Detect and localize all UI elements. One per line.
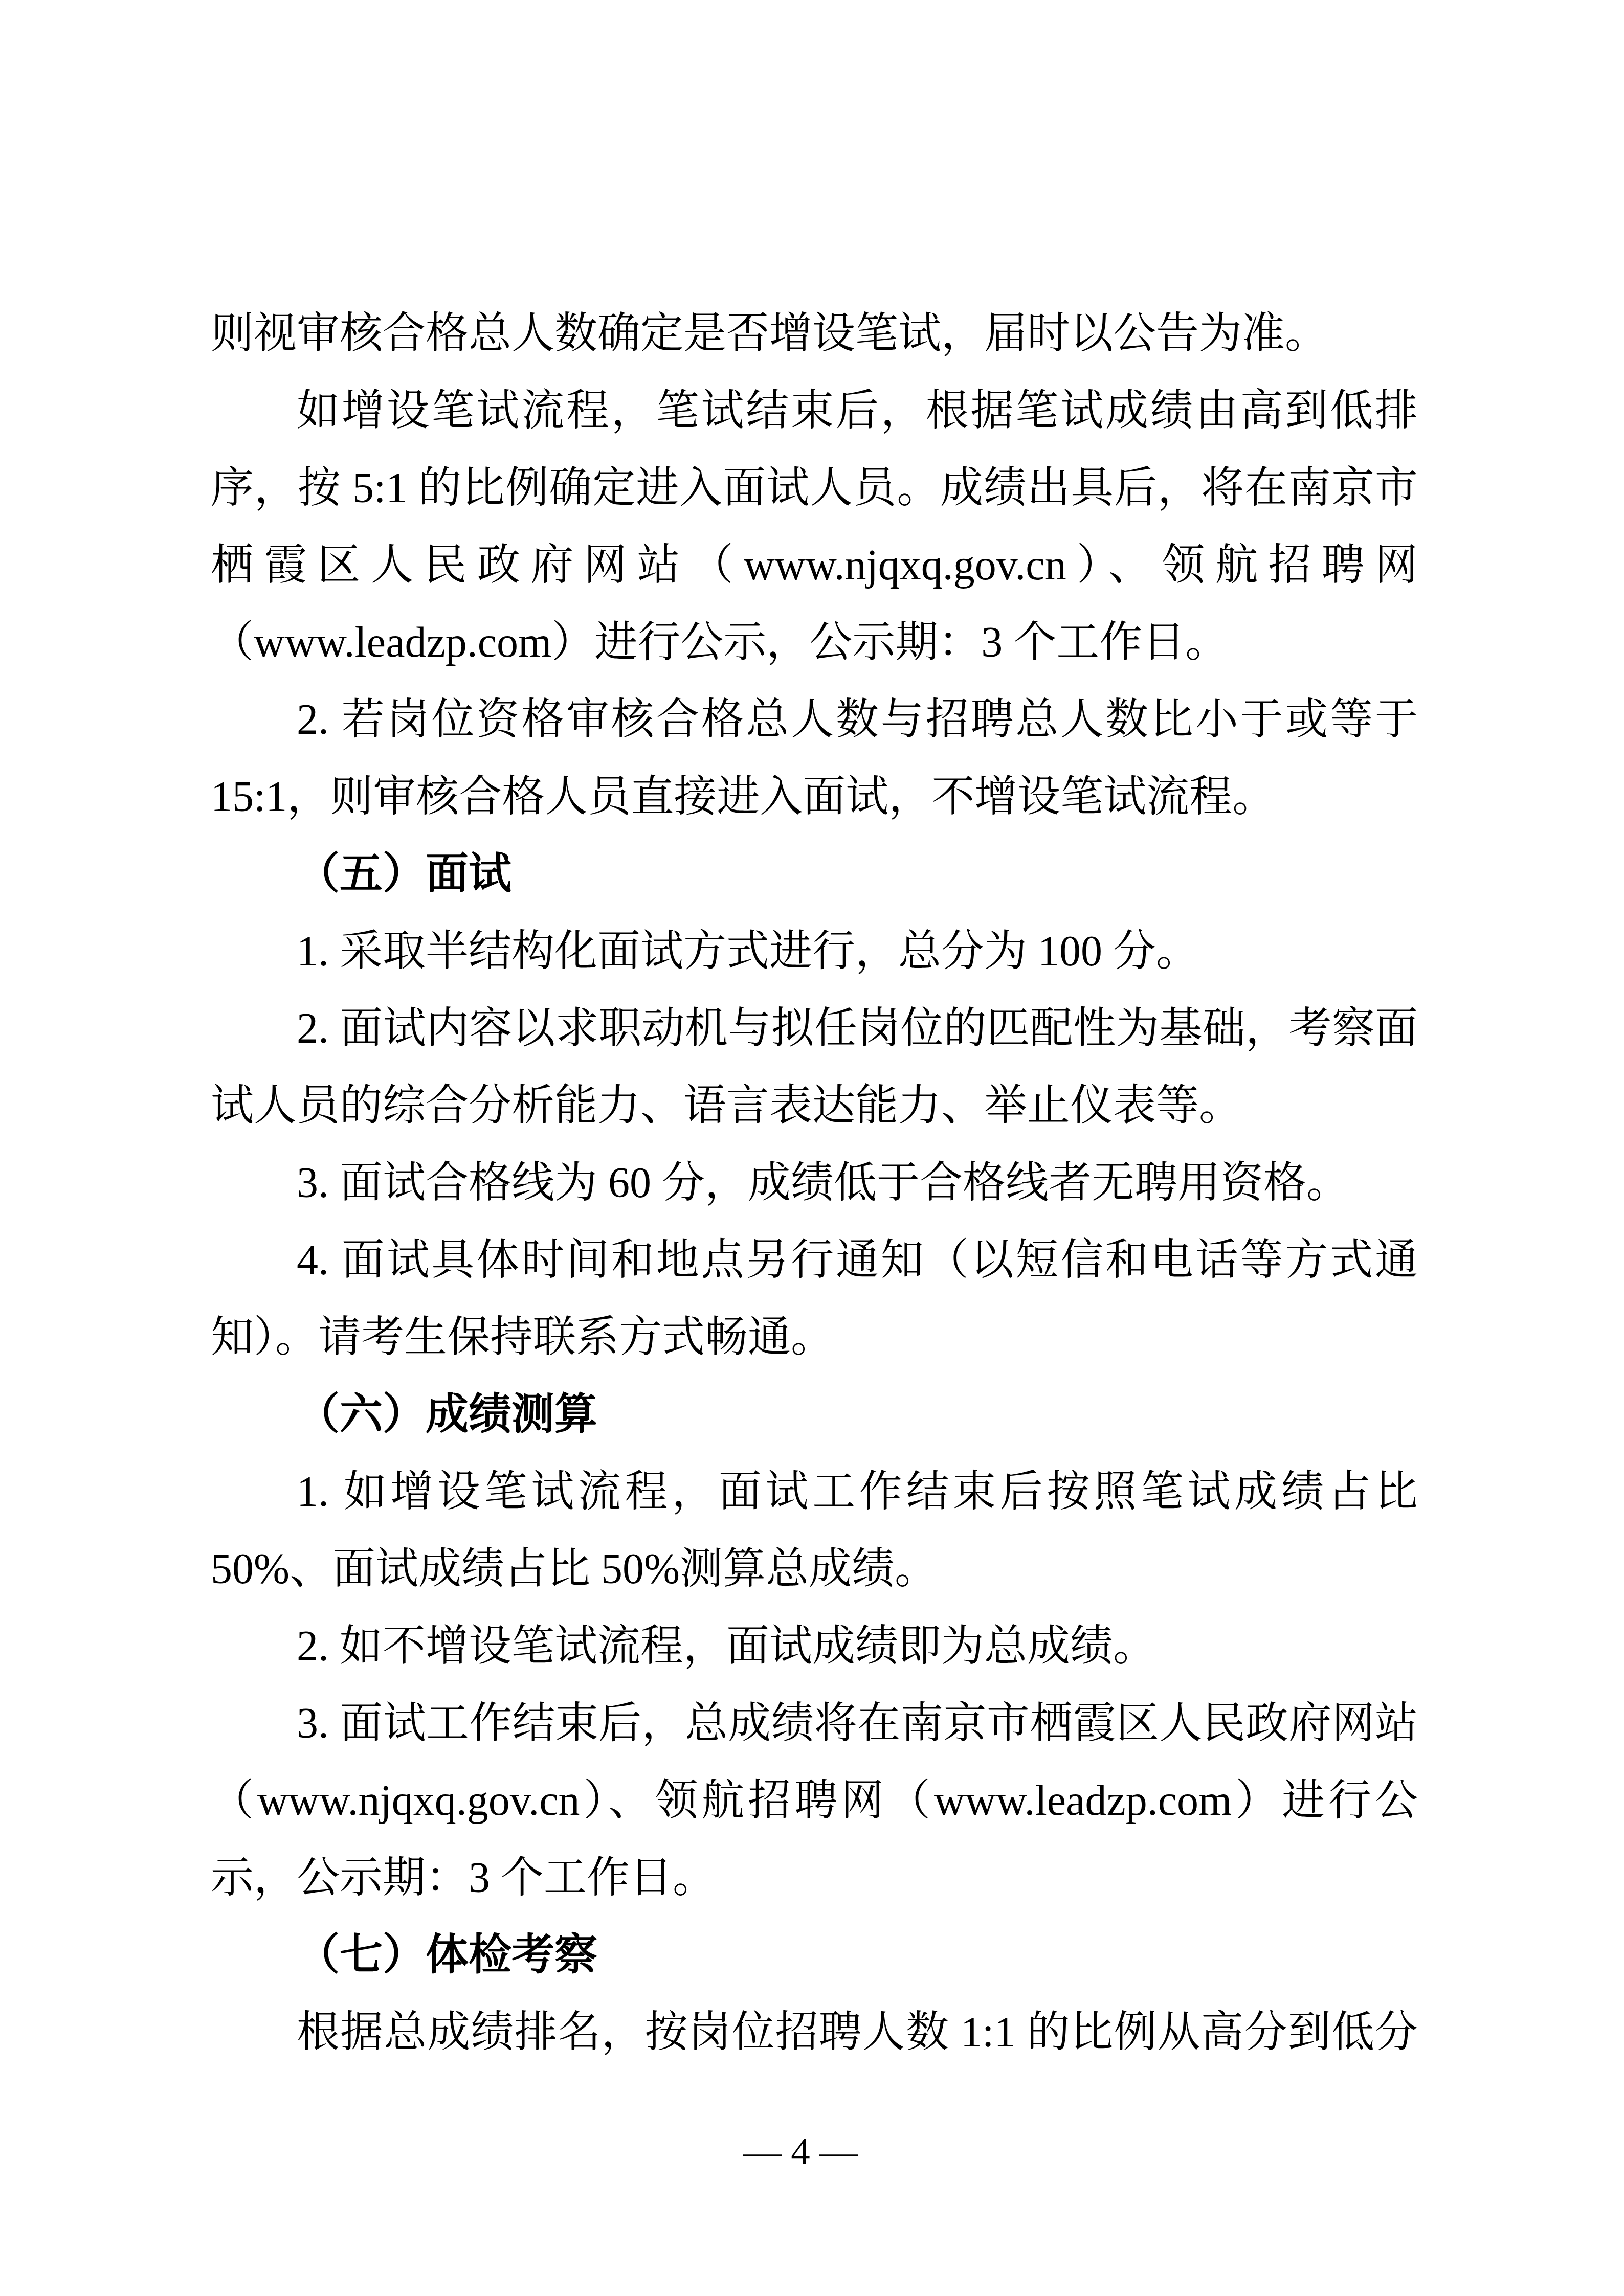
- document-page: 则视审核合格总人数确定是否增设笔试，届时以公告为准。 如增设笔试流程，笔试结束后…: [0, 0, 1624, 2296]
- paragraph: 4. 面试具体时间和地点另行通知（以短信和电话等方式通知）。请考生保持联系方式畅…: [211, 1222, 1418, 1376]
- paragraph: 1. 采取半结构化面试方式进行，总分为 100 分。: [211, 913, 1418, 990]
- paragraph: 2. 若岗位资格审核合格总人数与招聘总人数比小于或等于 15:1，则审核合格人员…: [211, 681, 1418, 836]
- paragraph: （七）体检考察: [211, 1917, 1418, 1994]
- paragraph: 则视审核合格总人数确定是否增设笔试，届时以公告为准。: [211, 295, 1418, 372]
- paragraph: （五）面试: [211, 836, 1418, 913]
- document-body: 则视审核合格总人数确定是否增设笔试，届时以公告为准。 如增设笔试流程，笔试结束后…: [211, 295, 1418, 2071]
- paragraph: 根据总成绩排名，按岗位招聘人数 1:1 的比例从高分到低分: [211, 1994, 1418, 2071]
- paragraph: （六）成绩测算: [211, 1376, 1418, 1453]
- paragraph: 2. 如不增设笔试流程，面试成绩即为总成绩。: [211, 1608, 1418, 1685]
- paragraph: 3. 面试工作结束后，总成绩将在南京市栖霞区人民政府网站（www.njqxq.g…: [211, 1685, 1418, 1917]
- paragraph: 2. 面试内容以求职动机与拟任岗位的匹配性为基础，考察面试人员的综合分析能力、语…: [211, 990, 1418, 1144]
- page-number: — 4 —: [743, 2130, 858, 2173]
- paragraph: 如增设笔试流程，笔试结束后，根据笔试成绩由高到低排序，按 5:1 的比例确定进入…: [211, 372, 1418, 681]
- paragraph: 3. 面试合格线为 60 分，成绩低于合格线者无聘用资格。: [211, 1144, 1418, 1222]
- paragraph: 1. 如增设笔试流程，面试工作结束后按照笔试成绩占比 50%、面试成绩占比 50…: [211, 1453, 1418, 1608]
- page-footer: — 4 —: [0, 2127, 1601, 2176]
